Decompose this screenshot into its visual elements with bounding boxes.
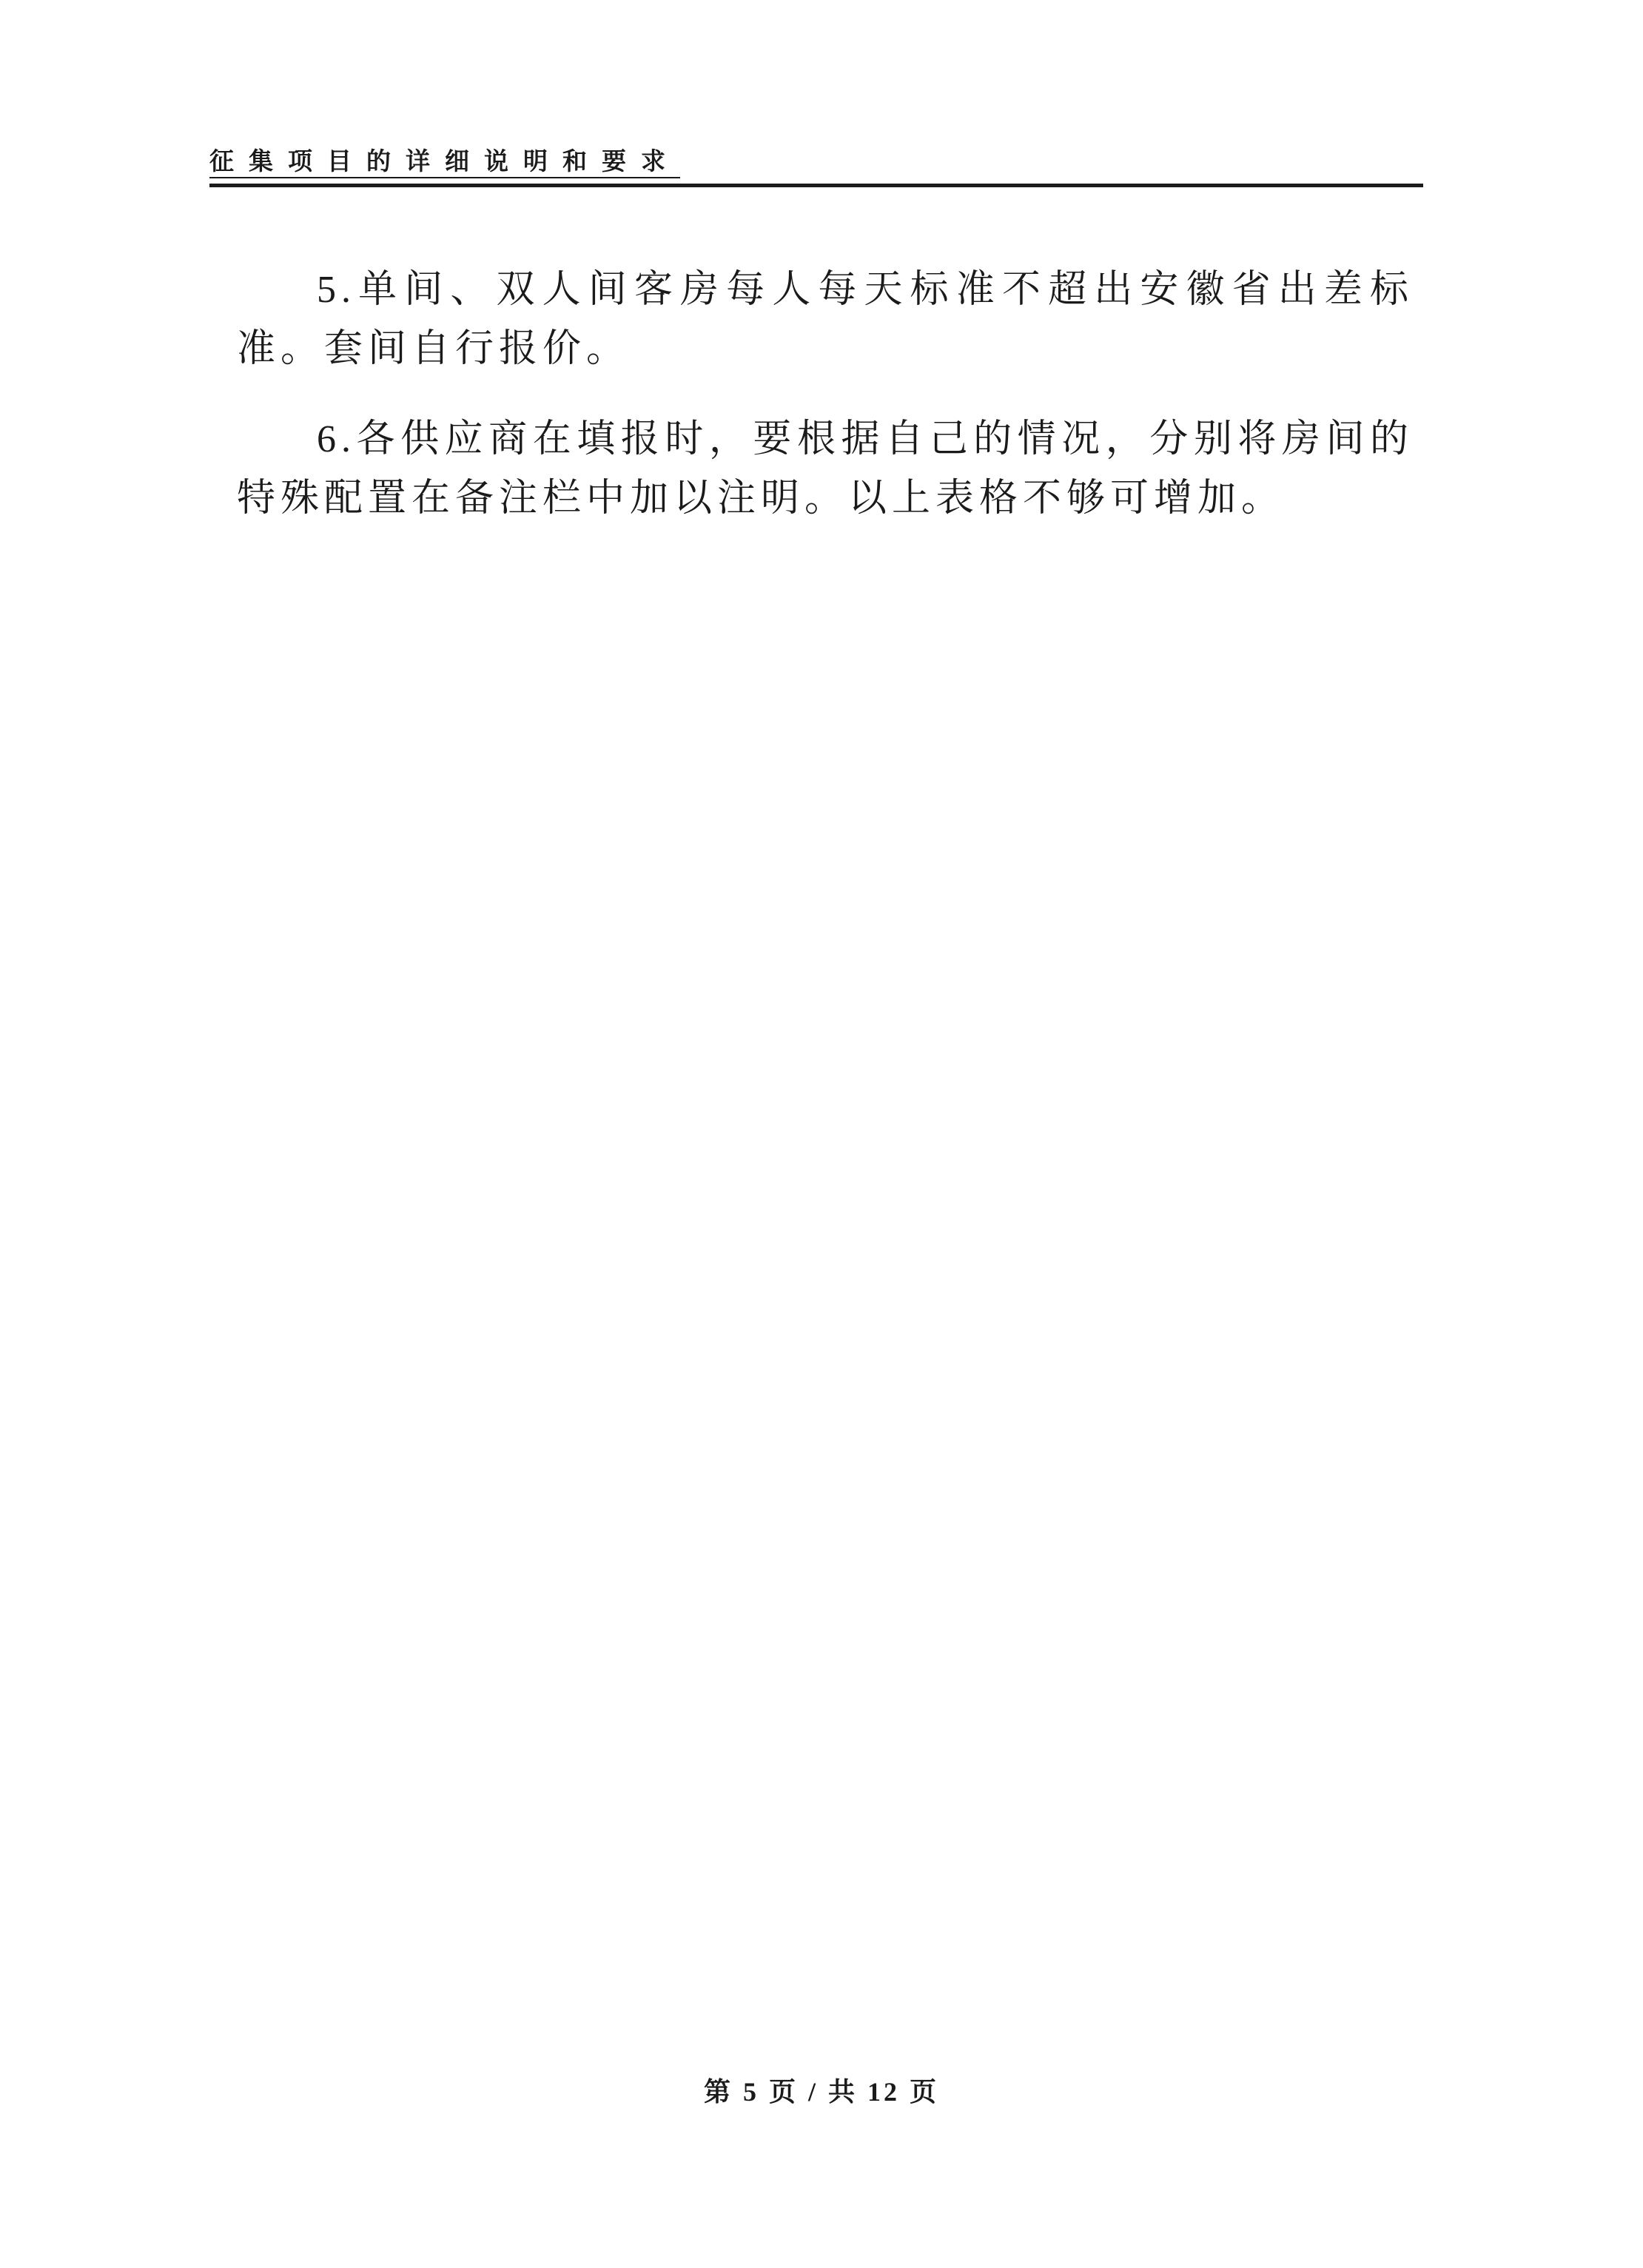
document-header: 征集项目的详细说明和要求 (209, 148, 1423, 187)
page-number-label: 第 5 页 / 共 12 页 (704, 2077, 939, 2107)
document-page: 征集项目的详细说明和要求 5.单间、双人间客房每人每天标准不超出安徽省出差标准。… (0, 0, 1643, 2268)
document-header-title: 征集项目的详细说明和要求 (209, 148, 680, 184)
paragraph-item-6: 6.各供应商在填报时，要根据自己的情况，分别将房间的特殊配置在备注栏中加以注明。… (237, 410, 1414, 529)
document-footer: 第 5 页 / 共 12 页 (0, 2071, 1643, 2109)
paragraph-item-5: 5.单间、双人间客房每人每天标准不超出安徽省出差标准。套间自行报价。 (237, 261, 1414, 379)
document-body: 5.单间、双人间客房每人每天标准不超出安徽省出差标准。套间自行报价。 6.各供应… (237, 261, 1414, 560)
